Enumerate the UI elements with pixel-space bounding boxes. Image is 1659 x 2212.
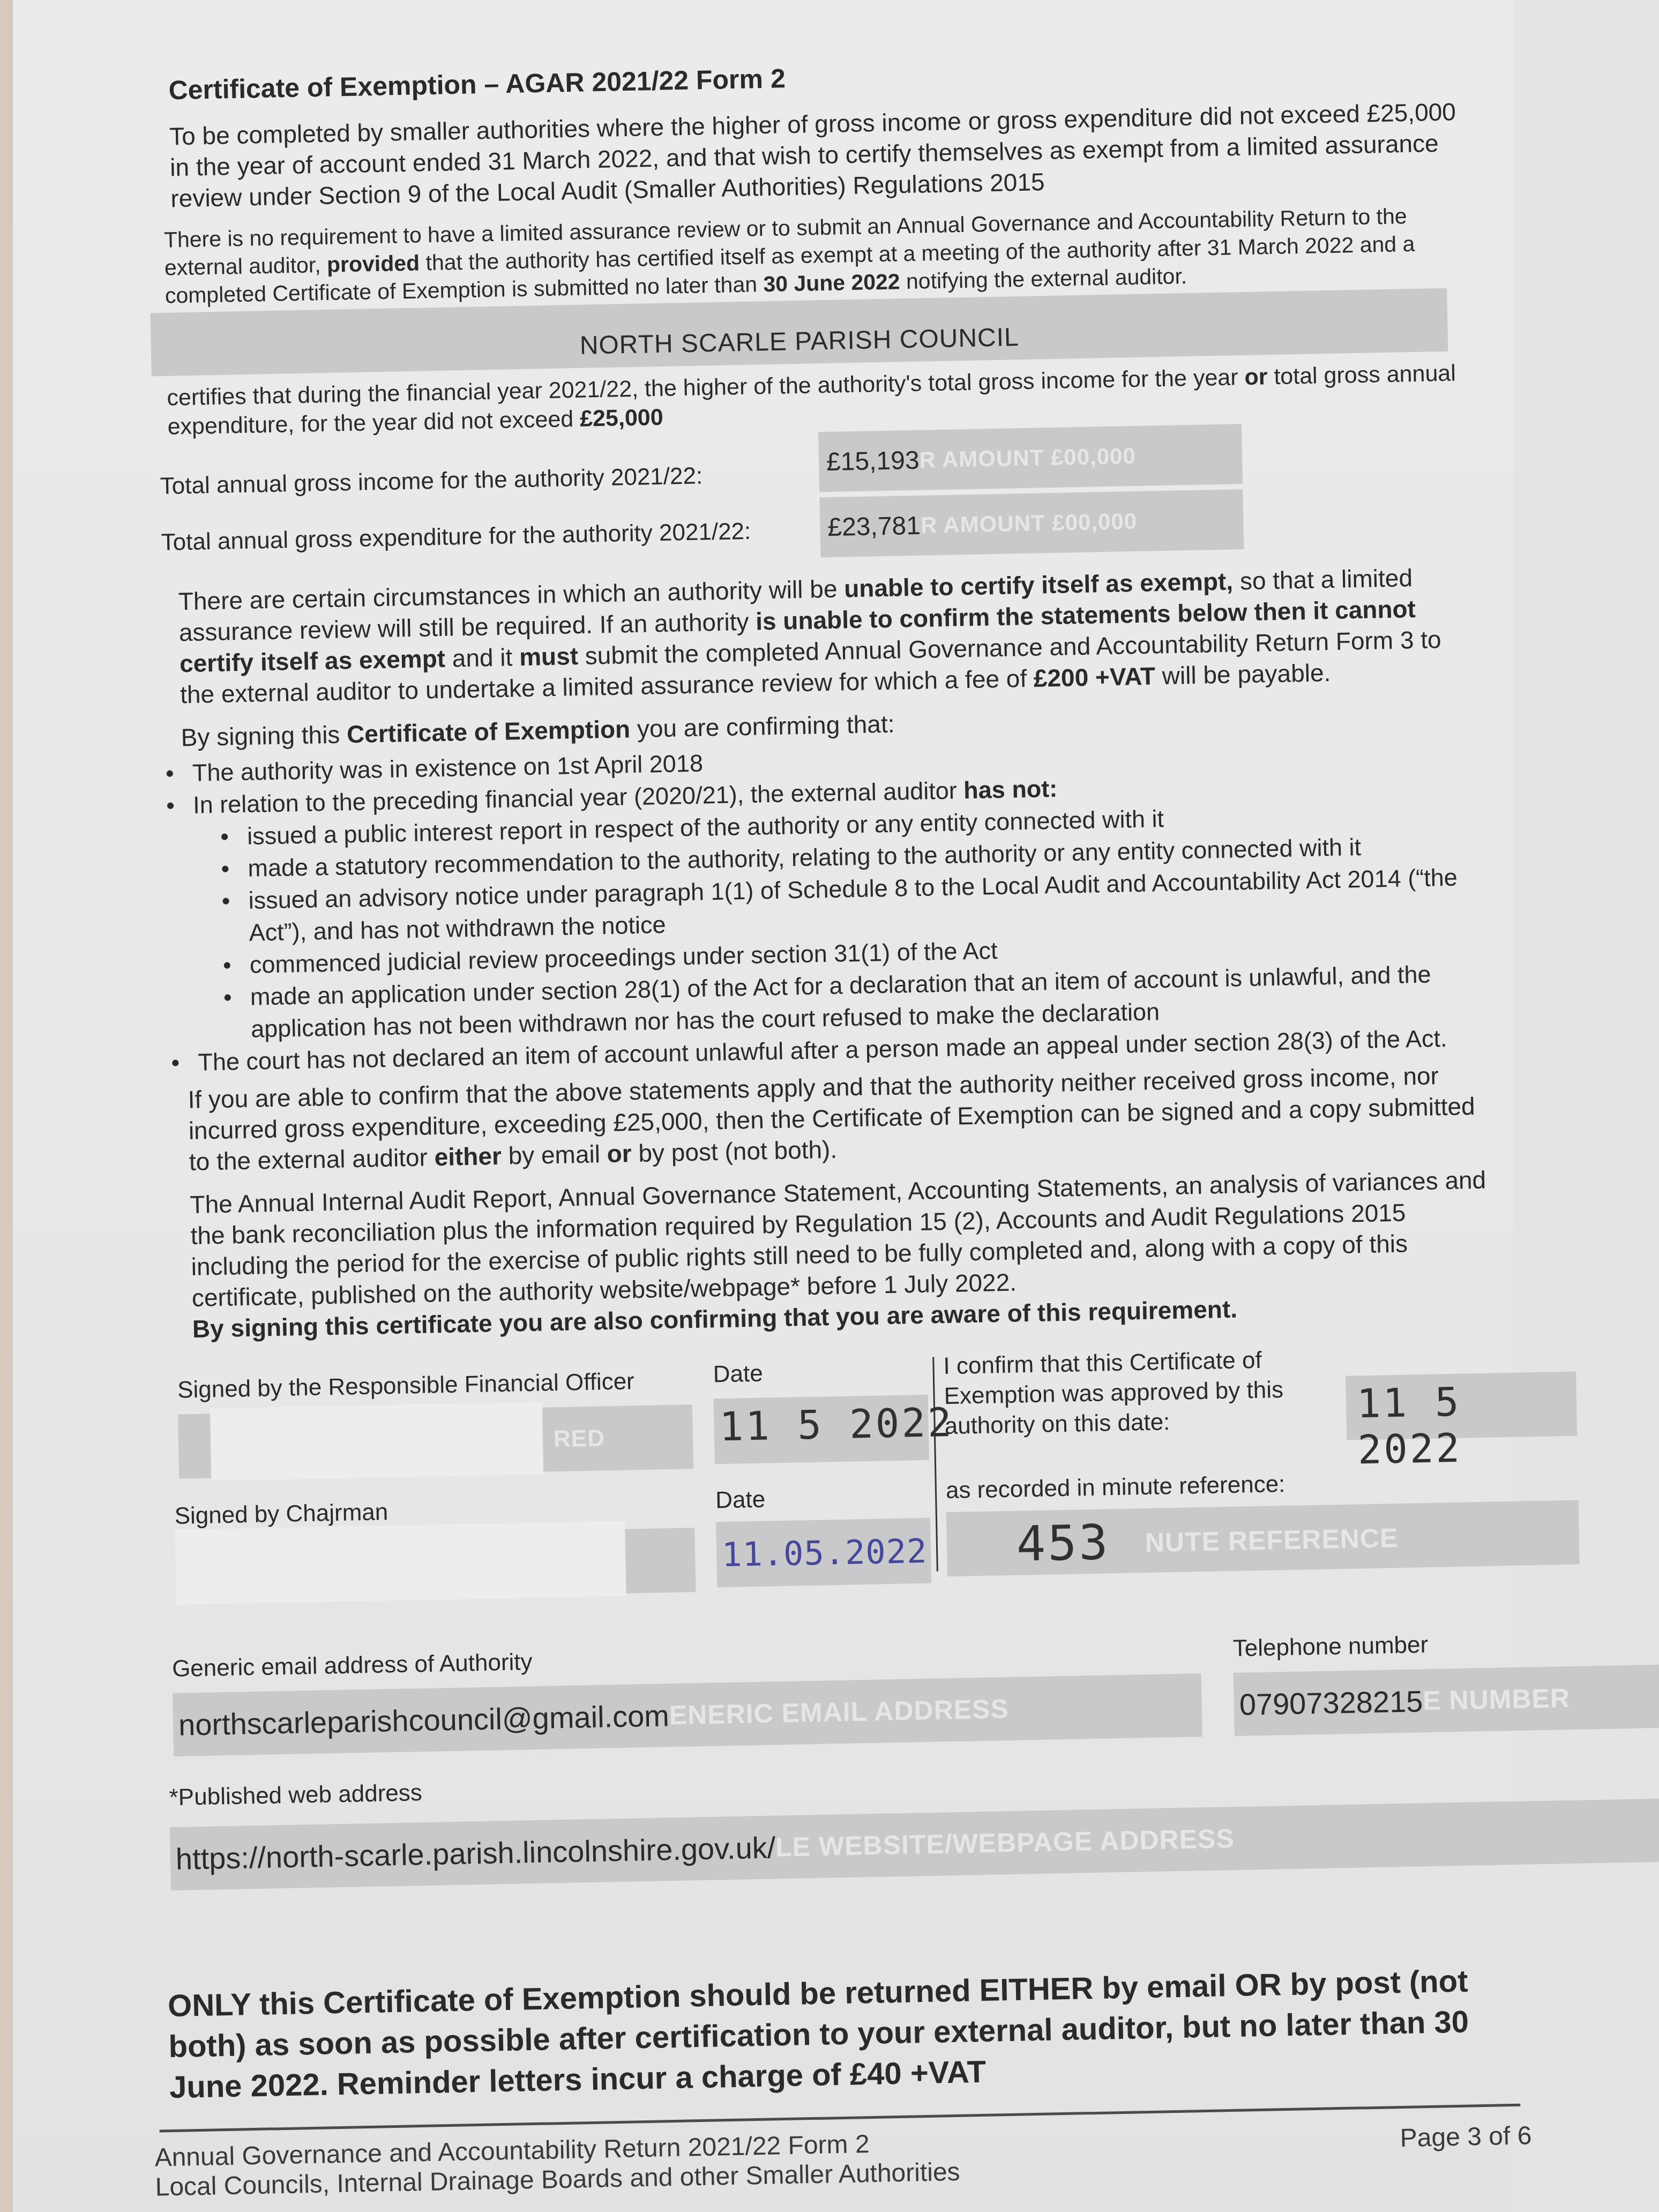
expenditure-placeholder: R AMOUNT £00,000 [920,509,1137,539]
able-to-confirm-paragraph: If you are able to confirm that the abov… [188,1059,1491,1177]
rfo-date-value: 11 5 2022 [719,1400,954,1450]
web-placeholder: LE WEBSITE/WEBPAGE ADDRESS [775,1823,1235,1863]
web-address-field[interactable]: https://north-scarle.parish.lincolnshire… [170,1798,1659,1890]
signature-section: Signed by the Responsible Financial Offi… [177,1341,1500,1634]
chair-date-value: 11.05.2022 [722,1531,928,1574]
email-placeholder: ENERIC EMAIL ADDRESS [669,1693,1009,1731]
circumstances-paragraph: There are certain circumstances in which… [178,561,1482,711]
income-value: £15,193 [826,445,920,476]
redacted-signature [210,1402,543,1481]
chair-signature-label: Signed by Chajrman [174,1499,388,1530]
page-footer: Annual Governance and Accountability Ret… [154,2117,1511,2202]
return-notice: ONLY this Certificate of Exemption shoul… [167,1960,1509,2108]
form-sheet: Certificate of Exemption – AGAR 2021/22 … [152,50,1511,2201]
rfo-date-label: Date [713,1361,763,1388]
list-item: In relation to the preceding financial y… [166,765,1489,1047]
web-label: *Published web address [169,1780,422,1811]
expenditure-field[interactable]: £23,781 R AMOUNT £00,000 [819,489,1244,557]
publication-paragraph: The Annual Internal Audit Report, Annual… [190,1164,1494,1313]
form-title: Certificate of Exemption – AGAR 2021/22 … [168,50,1471,106]
auditor-conditions-list: issued a public interest report in respe… [193,797,1489,1047]
phone-field[interactable]: 07907328215 E NUMBER [1234,1664,1659,1736]
confirmation-list: The authority was in existence on 1st Ap… [165,733,1489,1079]
rfo-placeholder: RED [554,1425,606,1453]
email-value: northscarleparishcouncil@gmail.com [178,1698,669,1743]
expenditure-value: £23,781 [827,511,921,542]
minute-reference-label: as recorded in minute reference: [946,1471,1286,1504]
rfo-signature-label: Signed by the Responsible Financial Offi… [177,1368,635,1403]
contact-section: Generic email address of Authority north… [183,1630,1506,1955]
page-number: Page 3 of 6 [1400,2121,1532,2153]
minute-placeholder: NUTE REFERENCE [1145,1522,1398,1558]
redacted-signature [175,1521,626,1605]
approval-date-value: 11 5 2022 [1356,1378,1497,1473]
background-edge [0,0,13,2212]
income-field[interactable]: £15,193 R AMOUNT £00,000 [818,424,1243,492]
phone-value: 07907328215 [1239,1684,1423,1722]
minute-reference-value: 453 [1016,1514,1111,1572]
chair-date-label: Date [715,1486,766,1514]
expenditure-label: Total annual gross expenditure for the a… [161,511,820,556]
phone-label: Telephone number [1232,1632,1428,1662]
document-page: Certificate of Exemption – AGAR 2021/22 … [13,0,1513,2212]
phone-placeholder: E NUMBER [1423,1683,1571,1716]
web-address-value: https://north-scarle.parish.lincolnshire… [175,1830,776,1876]
divider [932,1357,938,1571]
approval-label: I confirm that this Certificate of Exemp… [943,1344,1341,1441]
email-field[interactable]: northscarleparishcouncil@gmail.com ENERI… [173,1673,1202,1757]
income-placeholder: R AMOUNT £00,000 [919,443,1136,473]
email-label: Generic email address of Authority [172,1649,533,1683]
income-label: Total annual gross income for the author… [159,437,819,500]
intro-paragraph: To be completed by smaller authorities w… [169,96,1473,214]
